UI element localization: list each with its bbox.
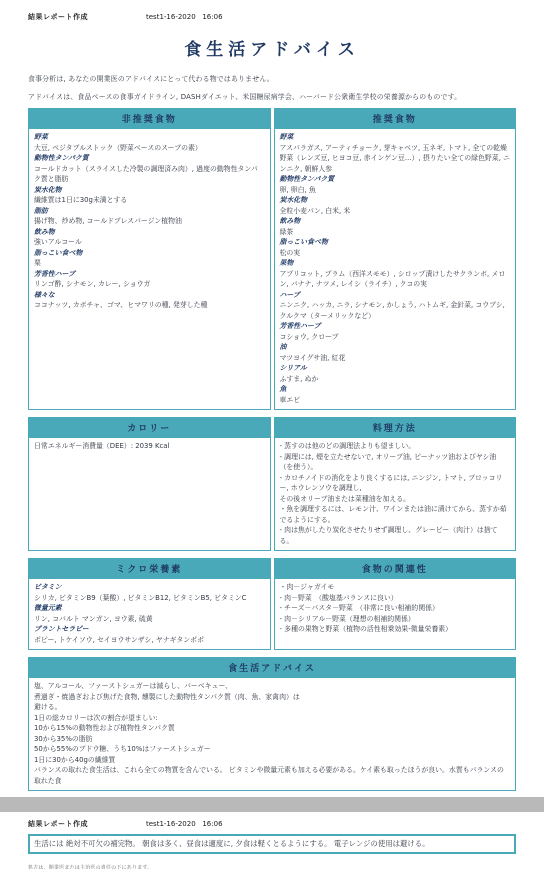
content-line: リンゴ酢, シナモン, カレー, ショウガ	[34, 279, 265, 290]
section-header-recommended: 推奨食物	[274, 108, 517, 128]
content-line: 1日の総カロリーは次の割合が望ましい:	[34, 713, 510, 724]
advice-continuation-note: 生活には 絶対不可欠の補完物。 朝食は多く、昼食は適度に, 夕食は軽くとるように…	[28, 834, 516, 854]
calories-cooking-table: カロリー 料理方法 日常エネルギー消費量（DEE）: 2039 Kcal - 蒸…	[28, 417, 516, 551]
category-label: 脂っこい食べ物	[34, 248, 265, 259]
content-line: コールドカット（スライスした冷製の調理済み肉）, 過度の動物性タンパク質と脂肪	[34, 164, 265, 185]
content-line: - 肉－シリアル－野菜（理想の相補的関係）	[280, 614, 511, 625]
content-line: ふすま, ぬか	[280, 374, 511, 385]
content-line: アプリコット, プラム（西洋スモモ）, シロップ漬けしたサクランボ, メロン, …	[280, 269, 511, 290]
category-label: 飲み物	[34, 227, 265, 238]
category-label: 芳香性ハーブ	[280, 321, 511, 332]
section-header-advice: 食生活アドバイス	[28, 657, 516, 677]
content-line: - 肉－野菜 （酸塩基バランスに良い）	[280, 593, 511, 604]
report-title: 結果レポート作成	[28, 12, 88, 22]
content-line: その後オリーブ油または菜種油を加える。	[280, 494, 511, 505]
content-line: - チーズ－パスタ－野菜 （非常に良い相補的関係）	[280, 603, 511, 614]
content-line: シリカ, ビタミンB9（葉酸）, ビタミンB12, ビタミンB5, ビタミンC	[34, 593, 265, 604]
content-line: 栗	[34, 258, 265, 269]
section-body-calories: 日常エネルギー消費量（DEE）: 2039 Kcal	[28, 437, 271, 551]
content-line: - 肉は焦がしたり炭化させたりせず調理し、グレービー（肉汁）は捨てる。	[280, 525, 511, 546]
content-line: 日常エネルギー消費量（DEE）: 2039 Kcal	[34, 441, 265, 452]
section-body-advice: 塩、アルコール、ファーストシュガーは減らし、バーベキュー、煮過ぎ・焼過ぎおよび焦…	[28, 677, 516, 791]
section-header-food-relations: 食物の関連性	[274, 558, 517, 578]
section-header-micronutrients: ミクロ栄養素	[28, 558, 271, 578]
content-line: 避ける。	[34, 702, 510, 713]
category-label: 様々な	[34, 290, 265, 301]
content-line: リン, コバルト マンガン, ヨウ素, 硫黄	[34, 614, 265, 625]
section-body-micronutrients: ビタミンシリカ, ビタミンB9（葉酸）, ビタミンB12, ビタミンB5, ビタ…	[28, 578, 271, 650]
category-label: 微量元素	[34, 603, 265, 614]
content-line: 煮過ぎ・焼過ぎおよび焦げた食物, 燻製にした動物性タンパク質（肉、魚、家禽肉）は	[34, 692, 510, 703]
document-canvas: 結果レポート作成 test1-16-2020 16:06 食生活アドバイス 食事…	[0, 0, 544, 869]
page-2: 結果レポート作成 test1-16-2020 16:06 生活には 絶対不可欠の…	[0, 812, 544, 869]
report-datetime: test1-16-2020 16:06	[146, 820, 223, 828]
content-line: - 蒸すのは他のどの調理法よりも望ましい。	[280, 441, 511, 452]
content-line: ・魚を調理するには、レモン汁、ワインまたは油に漬けてから、蒸すか茹でるようにする…	[280, 504, 511, 525]
content-line: アスパラガス, アーティチョーク, 芽キャベツ, 玉ネギ, トマト, 全ての乾燥…	[280, 143, 511, 175]
micronutrients-relations-table: ミクロ栄養素 食物の関連性 ビタミンシリカ, ビタミンB9（葉酸）, ビタミンB…	[28, 558, 516, 650]
content-line: 卵, 卵白, 魚	[280, 185, 511, 196]
category-label: 芳香性ハーブ	[34, 269, 265, 280]
content-line: 全粒小麦パン, 白米, 米	[280, 206, 511, 217]
category-label: ビタミン	[34, 582, 265, 593]
intro-line-2: アドバイスは、食品ベースの食事ガイドライン, DASHダイエット、米国糖尿病学会…	[28, 91, 516, 101]
disclaimer-footer: 処方は、開業医または主治医の責任の下にあります。	[28, 864, 516, 869]
section-body-food-relations: ・肉－ジャガイモ- 肉－野菜 （酸塩基バランスに良い）- チーズ－パスタ－野菜 …	[274, 578, 517, 650]
content-line: - カロチノイドの消化をより良くするには, ニンジン, トマト, ブロッコリー,…	[280, 473, 511, 494]
category-label: 動物性タンパク質	[280, 174, 511, 185]
content-line: 50から55%のブドウ糖、うち10%はファーストシュガー	[34, 744, 510, 755]
content-line: 30から35%の脂肪	[34, 734, 510, 745]
content-line: コショウ, クローブ	[280, 332, 511, 343]
content-line: 1日に30から40gの繊維質	[34, 755, 510, 766]
content-line: ・肉－ジャガイモ	[280, 582, 511, 593]
content-line: 塩、アルコール、ファーストシュガーは減らし、バーベキュー、	[34, 681, 510, 692]
intro-line-1: 食事分析は, あなたの開業医のアドバイスにとって代わる物ではありません。	[28, 73, 516, 83]
page-1: 結果レポート作成 test1-16-2020 16:06 食生活アドバイス 食事…	[0, 0, 544, 797]
category-label: 飲み物	[280, 216, 511, 227]
category-label: 炭水化物	[280, 195, 511, 206]
category-label: シリアル	[280, 363, 511, 374]
content-line: 松の実	[280, 248, 511, 259]
content-line: ココナッツ, カボチャ、ゴマ、ヒマワリの種, 発芽した種	[34, 300, 265, 311]
category-label: 魚	[280, 384, 511, 395]
content-line: - 調理には, 煙を立たせないで, オリーブ油, ピーナッツ油およびヤシ油（を使…	[280, 452, 511, 473]
page2-header: 結果レポート作成 test1-16-2020 16:06	[28, 819, 516, 829]
category-label: 脂っこい食べ物	[280, 237, 511, 248]
page-separator	[0, 797, 544, 812]
content-line: 強いアルコール	[34, 237, 265, 248]
content-line: 緑茶	[280, 227, 511, 238]
advice-table: 食生活アドバイス 塩、アルコール、ファーストシュガーは減らし、バーベキュー、煮過…	[28, 657, 516, 791]
page-title: 食生活アドバイス	[28, 35, 516, 60]
content-line: 繊維質は1日に30g未満とする	[34, 195, 265, 206]
content-line: 10から15%の動物性および植物性タンパク質	[34, 723, 510, 734]
section-body-cooking: - 蒸すのは他のどの調理法よりも望ましい。- 調理には, 煙を立たせないで, オ…	[274, 437, 517, 551]
foods-table: 非推奨食物 推奨食物 野菜大豆, ベジタブルストック（野菜ベースのスープの素）動…	[28, 108, 516, 410]
category-label: 油	[280, 342, 511, 353]
report-datetime: test1-16-2020 16:06	[146, 13, 223, 21]
section-body-non-recommended: 野菜大豆, ベジタブルストック（野菜ベースのスープの素）動物性タンパク質コールド…	[28, 128, 271, 410]
content-line: 揚げ物、炒め物, コールドプレスバージン植物油	[34, 216, 265, 227]
content-line: 車エビ	[280, 395, 511, 406]
category-label: 動物性タンパク質	[34, 153, 265, 164]
section-header-calories: カロリー	[28, 417, 271, 437]
category-label: 脂肪	[34, 206, 265, 217]
category-label: 果物	[280, 258, 511, 269]
section-header-non-recommended: 非推奨食物	[28, 108, 271, 128]
category-label: 野菜	[280, 132, 511, 143]
content-line: - 多種の果物と野菜（植物の活性相乗効果-微量栄養素）	[280, 624, 511, 635]
category-label: 野菜	[34, 132, 265, 143]
page1-header: 結果レポート作成 test1-16-2020 16:06	[28, 12, 516, 22]
content-line: 大豆, ベジタブルストック（野菜ベースのスープの素）	[34, 143, 265, 154]
content-line: ニンニク, ハッカ, ニラ, シナモン, かしょう, ハトムギ, 金針菜, コウ…	[280, 300, 511, 321]
section-header-cooking: 料理方法	[274, 417, 517, 437]
category-label: 炭水化物	[34, 185, 265, 196]
section-body-recommended: 野菜アスパラガス, アーティチョーク, 芽キャベツ, 玉ネギ, トマト, 全ての…	[274, 128, 517, 410]
category-label: ハーブ	[280, 290, 511, 301]
category-label: プラントセラピー	[34, 624, 265, 635]
report-title: 結果レポート作成	[28, 819, 88, 829]
content-line: バランスの取れた食生活は、これら全ての物質を含んでいる。 ビタミンや微量元素も加…	[34, 765, 510, 786]
content-line: ポピー, トケイソウ, セイヨウサンザシ, ヤナギタンポポ	[34, 635, 265, 646]
content-line: マツヨイグサ油, 紅花	[280, 353, 511, 364]
